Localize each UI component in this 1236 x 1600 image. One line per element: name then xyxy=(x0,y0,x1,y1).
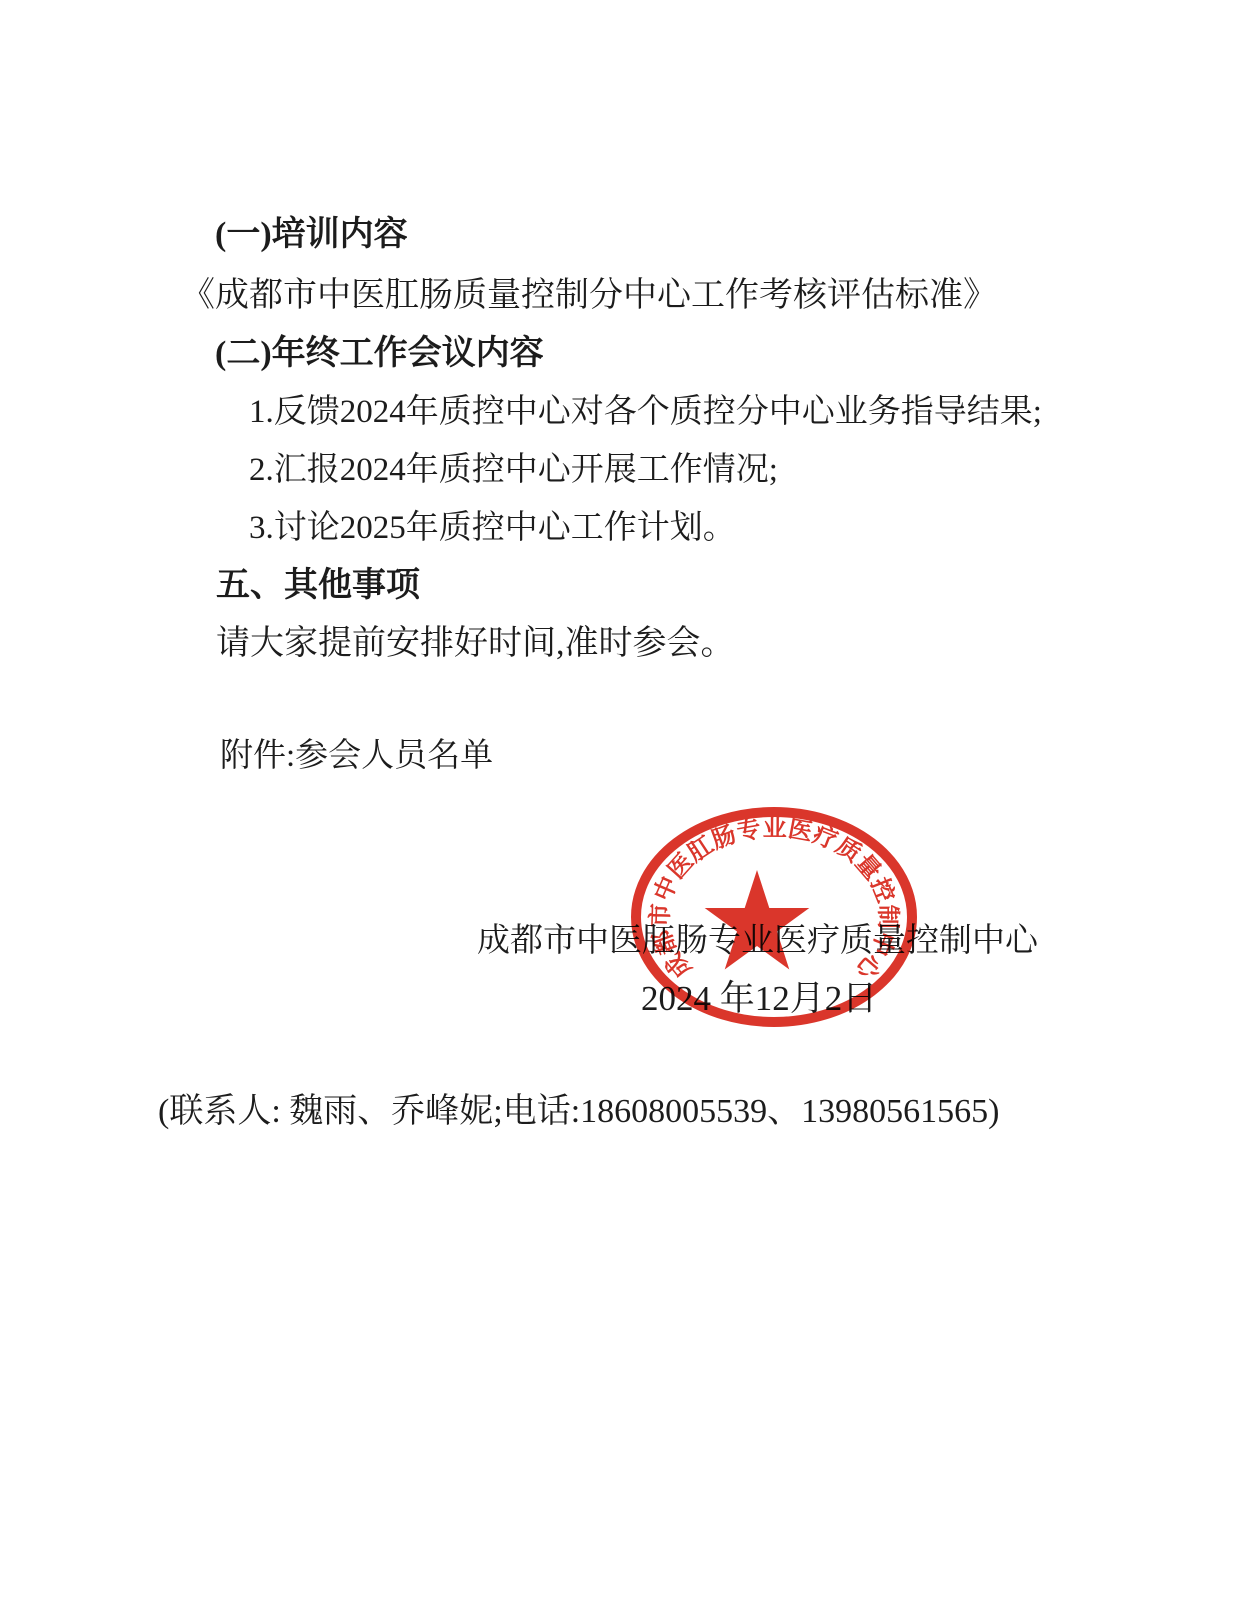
other-matters-heading: 五、其他事项 xyxy=(216,566,420,605)
year-end-meeting-heading: (二)年终工作会议内容 xyxy=(215,334,544,373)
contact-info: (联系人: 魏雨、乔峰妮;电话:18608005539、13980561565) xyxy=(158,1092,999,1131)
document-page: (一)培训内容 《成都市中医肛肠质量控制分中心工作考核评估标准》 (二)年终工作… xyxy=(0,0,1236,1600)
meeting-item-2: 2.汇报2024年质控中心开展工作情况; xyxy=(249,452,778,490)
star-icon xyxy=(705,870,810,970)
training-content-heading: (一)培训内容 xyxy=(215,215,408,254)
meeting-item-3: 3.讨论2025年质控中心工作计划。 xyxy=(249,510,736,548)
training-content-body: 《成都市中医肛肠质量控制分中心工作考核评估标准》 xyxy=(181,276,997,315)
other-matters-body: 请大家提前安排好时间,准时参会。 xyxy=(216,624,735,663)
official-seal: 成都市中医肛肠专业医疗质量控制中心 xyxy=(630,806,918,1028)
attachment-note: 附件:参会人员名单 xyxy=(220,738,493,776)
meeting-item-1: 1.反馈2024年质控中心对各个质控分中心业务指导结果; xyxy=(249,394,1042,432)
